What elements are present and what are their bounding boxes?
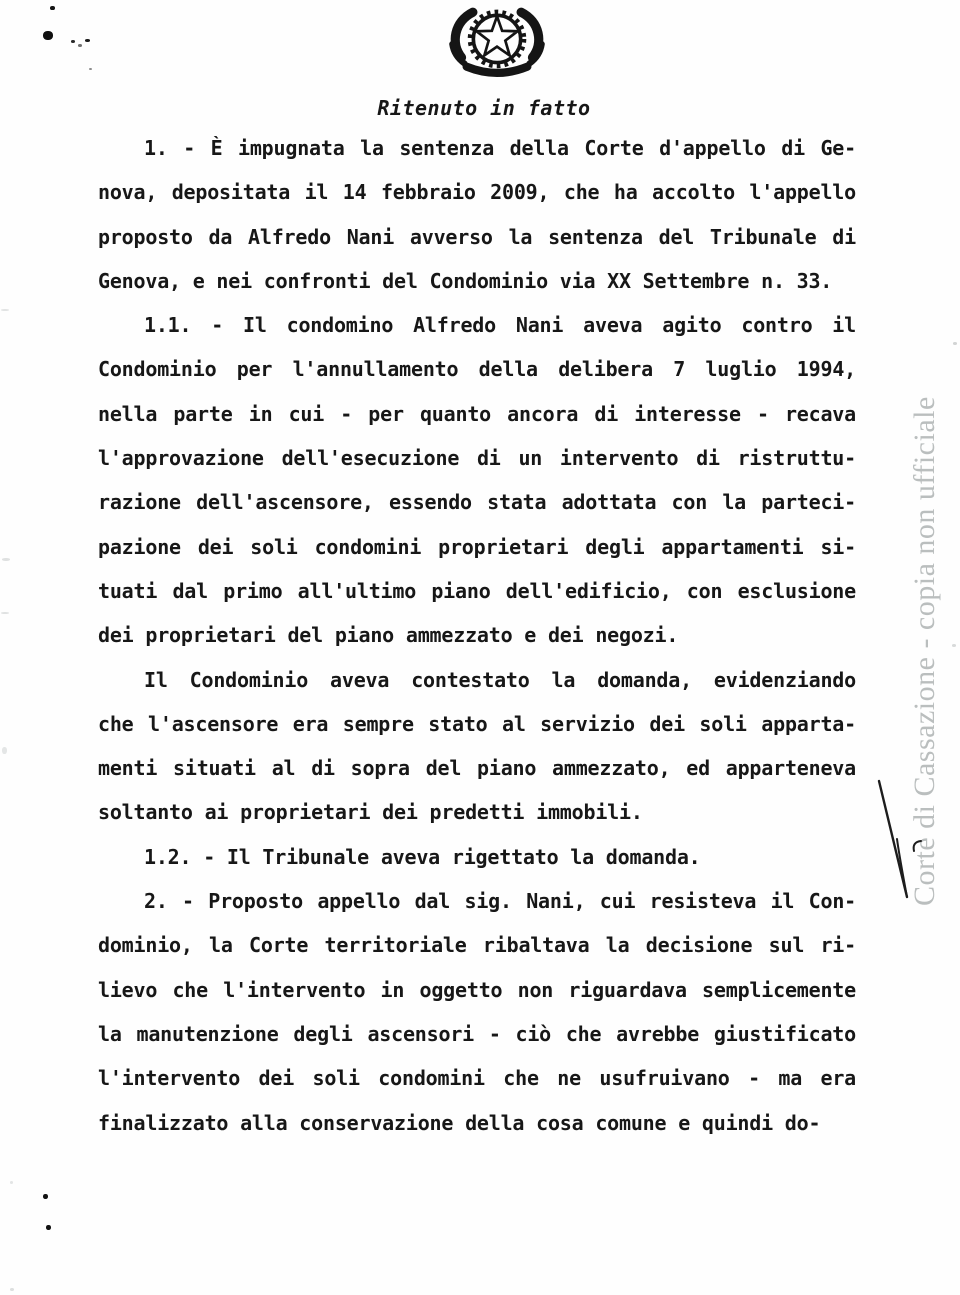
scan-artifact bbox=[1, 612, 9, 614]
text-line: 1.1. - Il condomino Alfredo Nani aveva a… bbox=[98, 303, 856, 347]
scanned-court-document-page: Ritenuto in fatto 1. - È impugnata la se… bbox=[0, 0, 960, 1295]
text-line: nella parte in cui - per quanto ancora d… bbox=[98, 392, 856, 436]
ink-speck bbox=[46, 1225, 51, 1230]
text-line: che l'ascensore era sempre stato al serv… bbox=[98, 702, 856, 746]
ink-speck bbox=[43, 31, 53, 40]
text-line: finalizzato alla conservazione della cos… bbox=[98, 1101, 856, 1145]
ink-speck bbox=[50, 6, 55, 10]
text-line: dominio, la Corte territoriale ribaltava… bbox=[98, 923, 856, 967]
text-line: la manutenzione degli ascensori - ciò ch… bbox=[98, 1012, 856, 1056]
text-line: Genova, e nei confronti del Condominio v… bbox=[98, 259, 856, 303]
text-line: proposto da Alfredo Nani avverso la sent… bbox=[98, 215, 856, 259]
text-line: pazione dei soli condomini proprietari d… bbox=[98, 525, 856, 569]
scan-artifact bbox=[2, 747, 7, 754]
ink-speck bbox=[71, 40, 75, 43]
scan-artifact bbox=[953, 342, 957, 345]
section-heading: Ritenuto in fatto bbox=[104, 96, 864, 120]
text-line: tuati dal primo all'ultimo piano dell'ed… bbox=[98, 569, 856, 613]
ink-speck bbox=[78, 44, 82, 47]
text-line: menti situati al di sopra del piano amme… bbox=[98, 746, 856, 790]
text-line: 1. - È impugnata la sentenza della Corte… bbox=[98, 126, 856, 170]
text-line: nova, depositata il 14 febbraio 2009, ch… bbox=[98, 170, 856, 214]
scan-artifact bbox=[1, 309, 9, 311]
pen-mark bbox=[868, 768, 930, 908]
scan-artifact bbox=[10, 1288, 14, 1291]
text-line: l'approvazione dell'esecuzione di un int… bbox=[98, 436, 856, 480]
ink-speck bbox=[43, 1194, 48, 1199]
text-line: Condominio per l'annullamento della deli… bbox=[98, 347, 856, 391]
italian-republic-emblem-icon bbox=[443, 4, 551, 78]
text-line: lievo che l'intervento in oggetto non ri… bbox=[98, 968, 856, 1012]
ink-speck bbox=[89, 68, 92, 70]
document-body: 1. - È impugnata la sentenza della Corte… bbox=[98, 126, 856, 1145]
scan-artifact bbox=[2, 558, 10, 561]
text-line: 2. - Proposto appello dal sig. Nani, cui… bbox=[98, 879, 856, 923]
text-line: 1.2. - Il Tribunale aveva rigettato la d… bbox=[98, 835, 856, 879]
text-line: razione dell'ascensore, essendo stata ad… bbox=[98, 480, 856, 524]
text-line: l'intervento dei soli condomini che ne u… bbox=[98, 1056, 856, 1100]
scan-artifact bbox=[952, 644, 956, 647]
scan-artifact bbox=[10, 1181, 13, 1184]
ink-speck bbox=[85, 39, 90, 42]
text-line: Il Condominio aveva contestato la domand… bbox=[98, 658, 856, 702]
